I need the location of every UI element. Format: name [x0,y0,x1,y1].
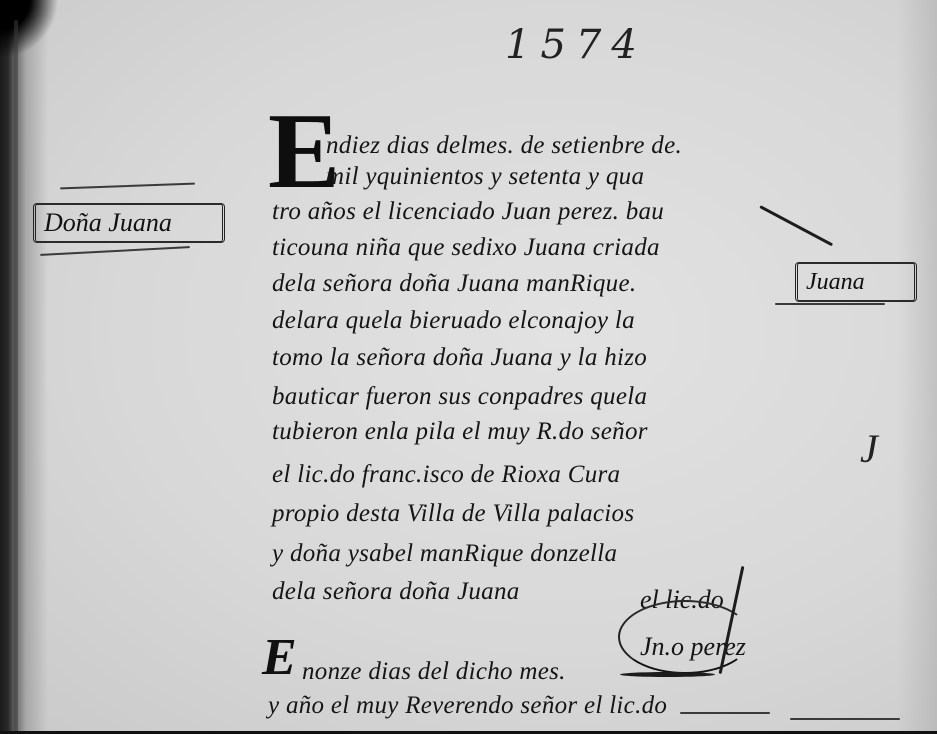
page-edge-right [897,0,937,734]
text-line-11: propio desta Villa de Villa palacios [272,500,634,528]
margin-rule-top [60,183,195,190]
margin-mark-right: J [860,425,878,472]
text-line-2: mil yquinientos y setenta y qua [326,163,644,191]
text-line-10: el lic.do franc.isco de Rioxa Cura [272,461,620,489]
text-line-7: tomo la señora doña Juana y la hizo [272,344,647,372]
second-entry-line-1: nonze dias del dicho mes. [302,658,566,686]
year-heading: 1574 [505,22,647,68]
second-entry-line-2: y año el muy Reverendo señor el lic.do [268,692,667,720]
margin-rule-right [775,303,885,305]
margin-note-right: Juana [795,262,917,302]
text-line-13: dela señora doña Juana [272,578,520,606]
text-line-4: ticouna niña que sedixo Juana criada [272,234,660,262]
ink-flourish-stroke [759,205,833,246]
margin-rule-bottom [40,246,190,256]
page-shadow-left [0,0,60,734]
underline-stroke [680,712,770,714]
signature-underline [620,672,715,677]
binding-edge [14,20,18,734]
text-line-5: dela señora doña Juana manRique. [272,270,636,298]
text-line-9: tubieron enla pila el muy R.do señor [272,418,648,446]
text-line-3: tro años el licenciado Juan perez. bau [272,198,664,226]
second-entry-drop-cap: E [262,628,297,687]
text-line-8: bauticar fueron sus conpadres quela [272,383,647,411]
text-line-12: y doña ysabel manRique donzella [272,540,617,568]
manuscript-page: 1574 Doña Juana Juana J E ndiez dias del… [0,0,937,734]
text-line-1: ndiez dias delmes. de setienbre de. [326,132,682,160]
margin-rule-lower-right [790,718,900,720]
margin-note-left: Doña Juana [33,203,225,243]
text-line-6: delara quela bieruado elconajoy la [272,307,635,335]
page-corner-shadow [0,0,60,60]
